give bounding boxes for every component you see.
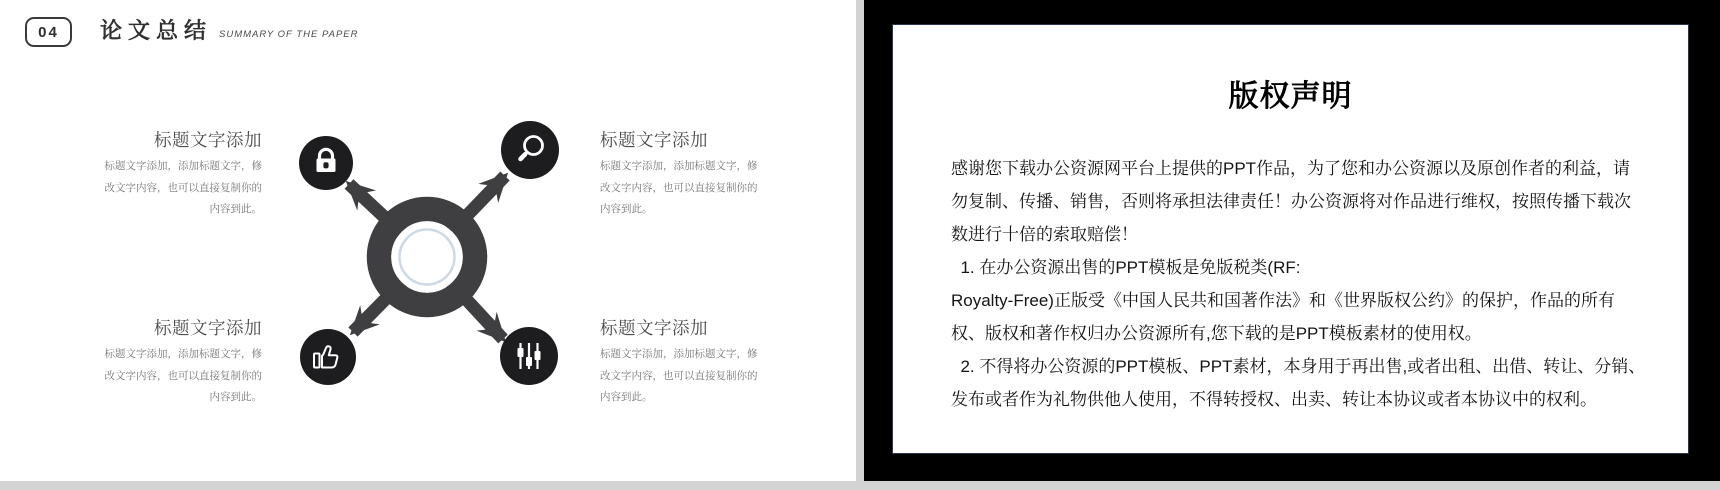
equalizer-icon <box>500 327 558 385</box>
copyright-panel[interactable]: 版权声明 感谢您下载办公资源网平台上提供的PPT作品，为了您和办公资源以及原创作… <box>892 24 1689 454</box>
thumbs-up-icon <box>300 329 356 385</box>
slides-canvas: 04 论文总结 SUMMARY OF THE PAPER 标题文字添加 标题文字… <box>0 0 1720 490</box>
copyright-title: 版权声明 <box>893 81 1688 112</box>
copyright-body: 感谢您下载办公资源网平台上提供的PPT作品，为了您和办公资源以及原创作者的利益，… <box>951 152 1688 416</box>
slide-copyright[interactable]: 版权声明 感谢您下载办公资源网平台上提供的PPT作品，为了您和办公资源以及原创作… <box>864 0 1720 481</box>
copyright-line: 感谢您下载办公资源网平台上提供的PPT作品，为了您和办公资源以及原创作者的利益，… <box>951 152 1688 185</box>
copyright-line: 勿复制、传播、销售，否则将承担法律责任！办公资源将对作品进行维权，按照传播下载次 <box>951 185 1688 218</box>
lock-icon <box>299 136 353 190</box>
copyright-line: 权、版权和著作权归办公资源所有,您下载的是PPT模板素材的使用权。 <box>951 317 1688 350</box>
search-icon <box>501 121 559 179</box>
copyright-line: 2. 不得将办公资源的PPT模板、PPT素材，本身用于再出售,或者出租、出借、转… <box>951 350 1688 383</box>
copyright-line: 数进行十倍的索取赔偿！ <box>951 218 1688 251</box>
copyright-line: Royalty-Free)正版受《中国人民共和国著作法》和《世界版权公约》的保护… <box>951 284 1688 317</box>
hub-center <box>391 221 462 292</box>
hub-spoke-diagram[interactable] <box>0 0 856 481</box>
copyright-line: 1. 在办公资源出售的PPT模板是免版税类(RF: <box>951 251 1688 284</box>
slide-summary[interactable]: 04 论文总结 SUMMARY OF THE PAPER 标题文字添加 标题文字… <box>0 0 856 481</box>
copyright-line: 发布或者作为礼物供他人使用，不得转授权、出卖、转让本协议或者本协议中的权利。 <box>951 383 1688 416</box>
